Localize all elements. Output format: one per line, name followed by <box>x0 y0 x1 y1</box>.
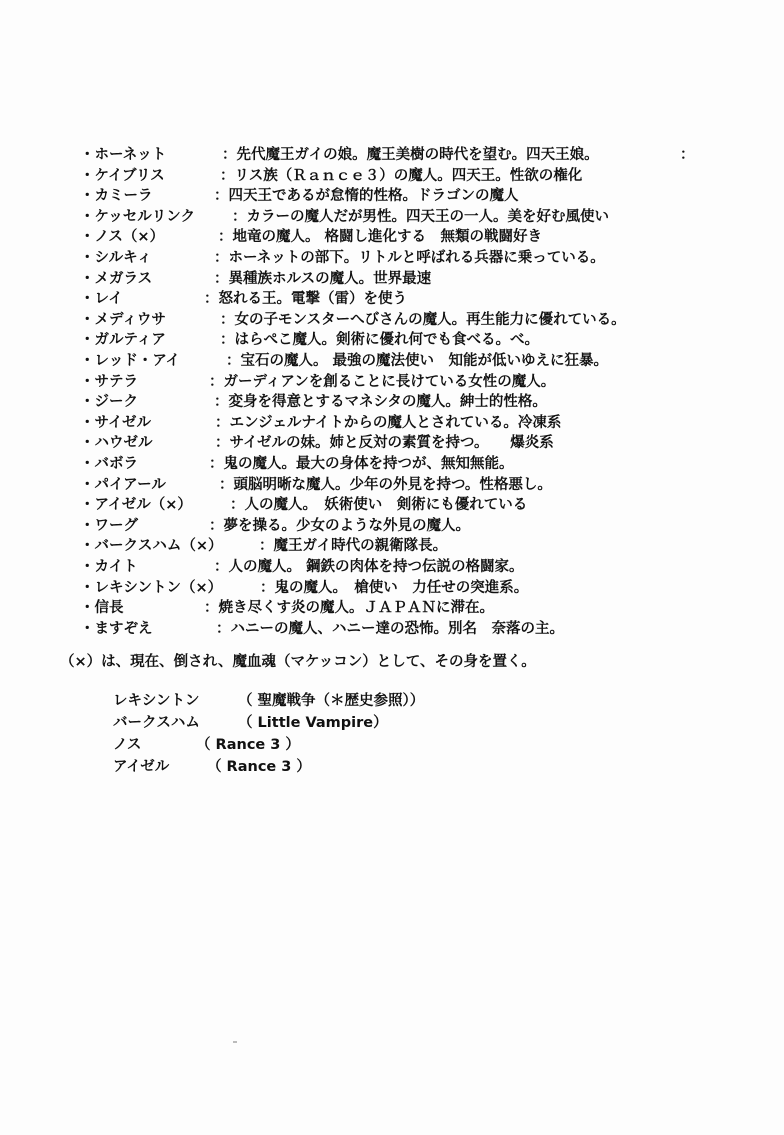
character-description: ：地竜の魔人。 格闘し進化する 無類の戦闘好き <box>218 227 542 247</box>
character-description: ：ホーネットの部下。リトルと呼ばれる兵器に乗っている。 <box>214 248 605 268</box>
reference-name: バークスハム <box>113 715 200 731</box>
character-description: ：はらぺこ魔人。剣術に優れ何でも食べる。べ。 <box>220 330 539 350</box>
character-row: ・レッド・アイ：宝石の魔人。 最強の魔法使い 知能が低いゆえに狂暴。 <box>0 351 784 371</box>
reference-source: （ Rance 3 ） <box>196 735 300 755</box>
character-name: ・ケッセルリンク <box>80 207 195 227</box>
character-description: ：女の子モンスターへびさんの魔人。再生能力に優れている。 <box>220 310 626 330</box>
character-name: ・ノス（×） <box>80 227 164 247</box>
character-row: ・ケッセルリンク：カラーの魔人だが男性。四天王の一人。美を好む風使い <box>0 207 784 227</box>
character-description: ：エンジェルナイトからの魔人とされている。冷凍系 <box>215 413 561 433</box>
character-name: ・メガラス <box>80 269 152 289</box>
character-description: ：先代魔王ガイの娘。魔王美樹の時代を望む。四天王娘。 <box>222 145 599 165</box>
character-row: ・アイゼル（×）：人の魔人。 妖術使い 剣術にも優れている <box>0 495 784 515</box>
character-name: ・ハウゼル <box>80 433 153 453</box>
character-name: ・レイ <box>80 289 123 309</box>
character-row: ・バークスハム（×）：魔王ガイ時代の親衛隊長。 <box>0 536 784 556</box>
character-name: ・バークスハム（×） <box>80 536 223 556</box>
character-name: ・メディウサ <box>80 310 166 330</box>
character-row: ・バボラ：鬼の魔人。最大の身体を持つが、無知無能。 <box>0 454 784 474</box>
reference-source: （ Rance 3 ） <box>207 757 311 777</box>
reference-row: バークスハム（ Little Vampire） <box>113 713 200 733</box>
character-description: ：ガーディアンを創ることに長けている女性の魔人。 <box>209 372 555 392</box>
character-description: ：四天王であるが怠惰的性格。ドラゴンの魔人 <box>214 186 519 206</box>
character-name: ・バボラ <box>80 454 138 474</box>
character-name: ・カミーラ <box>80 186 153 206</box>
reference-name: ノス <box>113 737 141 753</box>
character-row: ・カミーラ：四天王であるが怠惰的性格。ドラゴンの魔人 <box>0 186 784 206</box>
character-row: ・レイ：怒れる王。電撃（雷）を使う <box>0 289 784 309</box>
character-description: ：焼き尽くす炎の魔人。ＪＡＰＡＮに滞在。 <box>204 598 494 618</box>
character-row: ・ますぞえ：ハニーの魔人、ハニー達の恐怖。別名 奈落の主。 <box>0 619 784 639</box>
character-row: ・ジーク：変身を得意とするマネシタの魔人。紳士的性格。 <box>0 392 784 412</box>
reference-source: （ 聖魔戦争（＊歴史参照）） <box>238 691 424 711</box>
character-row: ・サテラ：ガーディアンを創ることに長けている女性の魔人。 <box>0 372 784 392</box>
reference-row: レキシントン（ 聖魔戦争（＊歴史参照）） <box>113 691 200 711</box>
character-row: ・メガラス：異種族ホルスの魔人。世界最速 <box>0 269 784 289</box>
reference-name: レキシントン <box>113 693 200 709</box>
character-name: ・ワーグ <box>80 516 138 536</box>
character-name: ・ガルティア <box>80 330 166 350</box>
character-row: ・サイゼル：エンジェルナイトからの魔人とされている。冷凍系 <box>0 413 784 433</box>
character-row: ・レキシントン（×）：鬼の魔人。 槍使い 力任せの突進系。 <box>0 578 784 598</box>
character-name: ・ホーネット <box>80 145 166 165</box>
character-description: ：鬼の魔人。 槍使い 力任せの突進系。 <box>260 578 528 598</box>
character-description: ：カラーの魔人だが男性。四天王の一人。美を好む風使い <box>232 207 609 227</box>
reference-name: アイゼル <box>113 759 169 775</box>
character-name: ・アイゼル（×） <box>80 495 192 515</box>
scan-smudge <box>233 1041 237 1043</box>
character-description: ：ハニーの魔人、ハニー達の恐怖。別名 奈落の主。 <box>216 619 564 639</box>
character-description: ：異種族ホルスの魔人。世界最速 <box>214 269 431 289</box>
document-page: ・ホーネット：先代魔王ガイの娘。魔王美樹の時代を望む。四天王娘。・ケイブリス：リ… <box>0 0 784 1135</box>
character-description: ：頭脳明晰な魔人。少年の外見を持つ。性格悪し。 <box>219 475 552 495</box>
character-name: ・ますぞえ <box>80 619 153 639</box>
character-description: ：夢を操る。少女のような外見の魔人。 <box>209 516 470 536</box>
character-row: ・ワーグ：夢を操る。少女のような外見の魔人。 <box>0 516 784 536</box>
defeated-note: （×）は、現在、倒され、魔血魂（マケッコン）として、その身を置く。 <box>60 652 536 672</box>
character-row: ・ガルティア：はらぺこ魔人。剣術に優れ何でも食べる。べ。 <box>0 330 784 350</box>
character-row: ・ホーネット：先代魔王ガイの娘。魔王美樹の時代を望む。四天王娘。 <box>0 145 784 165</box>
character-description: ：鬼の魔人。最大の身体を持つが、無知無能。 <box>209 454 514 474</box>
character-name: ・シルキィ <box>80 248 152 268</box>
character-row: ・ノス（×）：地竜の魔人。 格闘し進化する 無類の戦闘好き <box>0 227 784 247</box>
character-row: ・パイアール：頭脳明晰な魔人。少年の外見を持つ。性格悪し。 <box>0 475 784 495</box>
character-description: ：怒れる王。電撃（雷）を使う <box>204 289 407 309</box>
character-row: ・メディウサ：女の子モンスターへびさんの魔人。再生能力に優れている。 <box>0 310 784 330</box>
character-name: ・パイアール <box>80 475 166 495</box>
character-name: ・レキシントン（×） <box>80 578 222 598</box>
stray-colon: ： <box>680 145 695 165</box>
character-row: ・信長：焼き尽くす炎の魔人。ＪＡＰＡＮに滞在。 <box>0 598 784 618</box>
character-name: ・ケイブリス <box>80 166 165 186</box>
character-description: ：サイゼルの妹。姉と反対の素質を持つ。 爆炎系 <box>215 433 554 453</box>
character-description: ：リス族（Ｒａｎｃｅ３）の魔人。四天王。性欲の権化 <box>220 166 582 186</box>
reference-source: （ Little Vampire） <box>238 713 388 733</box>
reference-row: アイゼル（ Rance 3 ） <box>113 757 169 777</box>
character-name: ・カイト <box>80 557 138 577</box>
character-row: ・ハウゼル：サイゼルの妹。姉と反対の素質を持つ。 爆炎系 <box>0 433 784 453</box>
character-name: ・信長 <box>80 598 124 618</box>
character-row: ・カイト：人の魔人。 鋼鉄の肉体を持つ伝説の格闘家。 <box>0 557 784 577</box>
character-description: ：人の魔人。 鋼鉄の肉体を持つ伝説の格闘家。 <box>214 557 524 577</box>
character-description: ：変身を得意とするマネシタの魔人。紳士的性格。 <box>214 392 547 412</box>
character-name: ・ジーク <box>80 392 138 412</box>
character-description: ：人の魔人。 妖術使い 剣術にも優れている <box>230 495 527 515</box>
character-description: ：魔王ガイ時代の親衛隊長。 <box>259 536 447 556</box>
character-name: ・サイゼル <box>80 413 151 433</box>
character-description: ：宝石の魔人。 最強の魔法使い 知能が低いゆえに狂暴。 <box>226 351 608 371</box>
character-name: ・サテラ <box>80 372 138 392</box>
character-row: ・シルキィ：ホーネットの部下。リトルと呼ばれる兵器に乗っている。 <box>0 248 784 268</box>
character-name: ・レッド・アイ <box>80 351 180 371</box>
character-row: ・ケイブリス：リス族（Ｒａｎｃｅ３）の魔人。四天王。性欲の権化 <box>0 166 784 186</box>
reference-row: ノス（ Rance 3 ） <box>113 735 141 755</box>
